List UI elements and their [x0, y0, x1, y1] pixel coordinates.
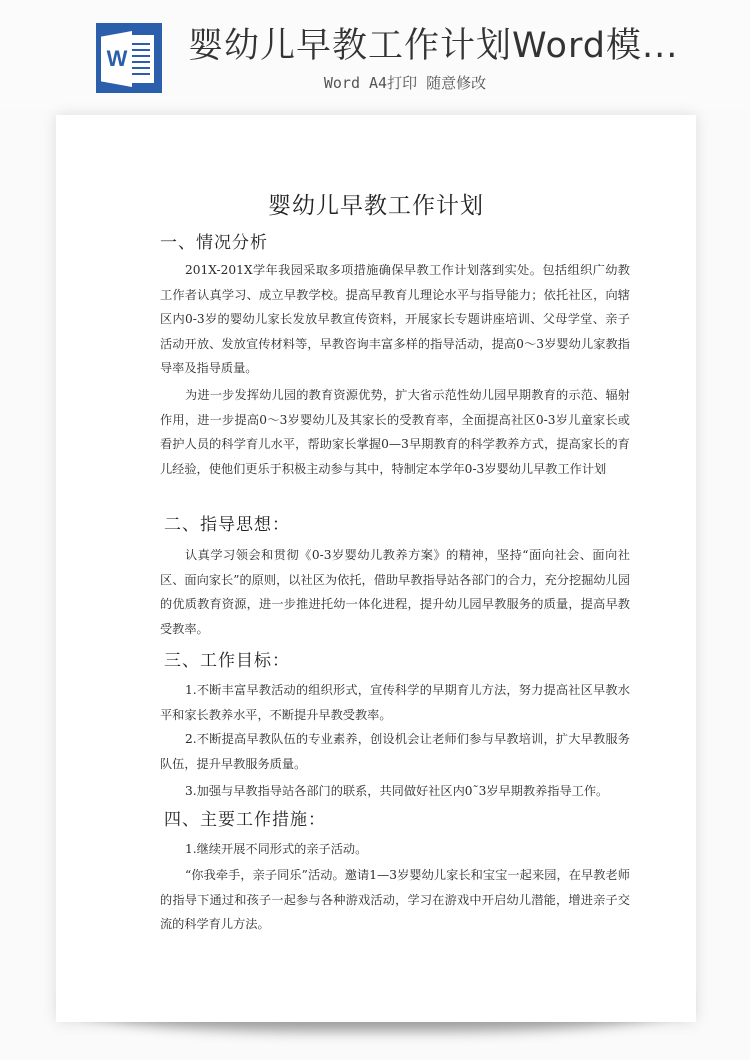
header-subtitle-wrap: Word A4打印 随意修改 [0, 73, 750, 93]
paragraph: 为进一步发挥幼儿园的教育资源优势，扩大省示范性幼儿园早期教育的示范、辐射作用，进… [160, 383, 630, 481]
doc-line [131, 67, 150, 69]
section-heading-situation: 一、情况分析 [160, 231, 268, 255]
header-title: 婴幼儿早教工作计划Word模... [188, 24, 678, 68]
doc-line [131, 49, 150, 51]
doc-line [131, 61, 150, 63]
section-heading-work-goals: 三、工作目标： [164, 649, 290, 673]
document-title: 婴幼儿早教工作计划 [56, 189, 696, 223]
paragraph: 3.加强与早教指导站各部门的联系，共同做好社区内0˜3岁早期教养指导工作。 [160, 779, 630, 804]
paragraph: 1.继续开展不同形式的亲子活动。 [160, 837, 630, 862]
doc-line [131, 43, 150, 45]
section-heading-main-measures: 四、主要工作措施： [164, 808, 326, 832]
header-banner: W 婴幼儿早教工作计划Word模... Word A4打印 随意修改 [0, 0, 750, 110]
paragraph: 1.不断丰富早教活动的组织形式，宣传科学的早期育儿方法，努力提高社区早教水平和家… [160, 678, 630, 727]
header-subtitle: Word A4打印 随意修改 [324, 73, 486, 93]
word-w-letter: W [103, 48, 131, 70]
paragraph: 201X-201X学年我园采取多项措施确保早教工作计划落到实处。包括组织广幼教工… [160, 258, 630, 381]
document-page: 婴幼儿早教工作计划 一、情况分析 201X-201X学年我园采取多项措施确保早教… [56, 115, 696, 1022]
doc-line [131, 55, 150, 57]
paragraph: 2.不断提高早教队伍的专业素养，创设机会让老师们参与早教培训，扩大早教服务队伍，… [160, 727, 630, 776]
section-heading-guiding-idea: 二、指导思想： [164, 513, 290, 537]
paragraph: “你我牵手，亲子同乐”活动。邀请1—3岁婴幼儿家长和宝宝一起来园，在早教老师的指… [160, 863, 630, 937]
paragraph: 认真学习领会和贯彻《0-3岁婴幼儿教养方案》的精神，坚持“面向社会、面向社区、面… [160, 543, 630, 641]
